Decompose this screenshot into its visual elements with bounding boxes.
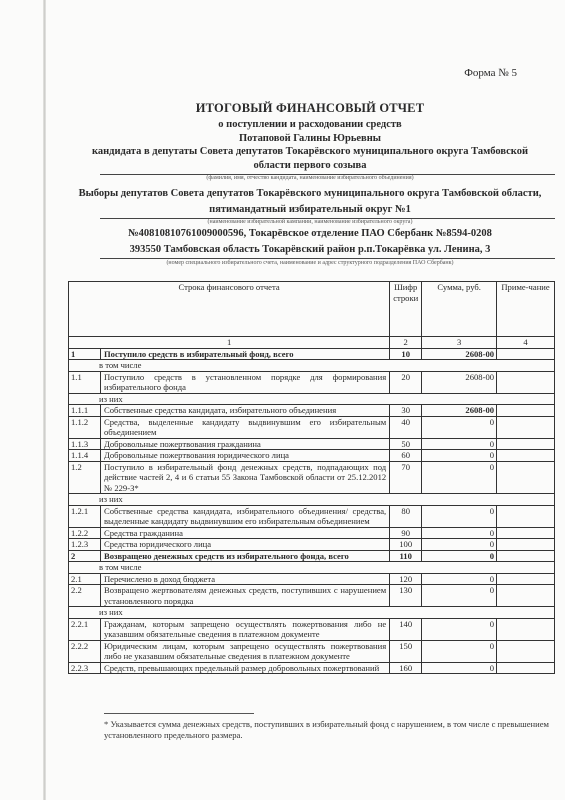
row-code: 110 <box>390 550 422 562</box>
row-code: 130 <box>390 585 422 607</box>
row-text: Добровольные пожертвования юридического … <box>100 450 389 462</box>
row-sum: 0 <box>422 618 497 640</box>
row-code: 90 <box>390 527 422 539</box>
table-row: 1.1.3Добровольные пожертвования граждани… <box>69 438 555 450</box>
row-code: 100 <box>390 539 422 551</box>
row-note <box>497 618 555 640</box>
header-line: Строка финансового отчета <box>69 282 390 337</box>
row-text: Поступило средств в избирательный фонд, … <box>100 348 389 360</box>
report-title: ИТОГОВЫЙ ФИНАНСОВЫЙ ОТЧЕТ <box>60 101 560 116</box>
row-sum: 2608-00 <box>422 371 497 393</box>
col-number: 2 <box>390 337 422 349</box>
row-number: 2.2.1 <box>69 618 101 640</box>
table-row: 2.2.3Средств, превышающих предельный раз… <box>69 662 555 674</box>
row-note <box>497 438 555 450</box>
row-sum: 0 <box>422 527 497 539</box>
table-row: 1.2.2Средства гражданина900 <box>69 527 555 539</box>
row-sum: 2608-00 <box>422 405 497 417</box>
row-text: Собственные средства кандидата, избирате… <box>100 405 389 417</box>
footnote-rule <box>104 713 254 714</box>
header-sum: Сумма, руб. <box>422 282 497 337</box>
row-number: 1.1 <box>69 371 101 393</box>
row-sum: 0 <box>422 573 497 585</box>
row-text: Юридическим лицам, которым запрещено осу… <box>100 640 389 662</box>
subheading: в том числе <box>69 360 555 372</box>
row-note <box>497 348 555 360</box>
row-code: 120 <box>390 573 422 585</box>
row-text: Возвращено жертвователям денежных средст… <box>100 585 389 607</box>
row-code: 10 <box>390 348 422 360</box>
row-number: 1.1.2 <box>69 416 101 438</box>
row-number: 1.2.2 <box>69 527 101 539</box>
row-text: Средства гражданина <box>100 527 389 539</box>
table-row: 1Поступило средств в избирательный фонд,… <box>69 348 555 360</box>
row-number: 2.1 <box>69 573 101 585</box>
row-note <box>497 450 555 462</box>
row-note <box>497 539 555 551</box>
row-sum: 0 <box>422 505 497 527</box>
row-text: Гражданам, которым запрещено осуществлят… <box>100 618 389 640</box>
row-number: 1.2 <box>69 461 101 494</box>
row-note <box>497 371 555 393</box>
scan-artifact <box>43 0 46 800</box>
row-sum: 0 <box>422 539 497 551</box>
row-text: Собственные средства кандидата, избирате… <box>100 505 389 527</box>
account-line-2: 393550 Тамбовская область Токарёвский ра… <box>60 244 560 255</box>
row-sum: 0 <box>422 450 497 462</box>
financial-report-table: Строка финансового отчета Шифр строки Су… <box>68 281 555 674</box>
row-note <box>497 505 555 527</box>
table-row: 1.1Поступило средств в установленном пор… <box>69 371 555 393</box>
row-text: Средств, превышающих предельный размер д… <box>100 662 389 674</box>
row-text: Поступило в избирательный фонд денежных … <box>100 461 389 494</box>
row-code: 60 <box>390 450 422 462</box>
table-row: 1.2Поступило в избирательный фонд денежн… <box>69 461 555 494</box>
row-text: Возвращено денежных средств из избирател… <box>100 550 389 562</box>
row-note <box>497 662 555 674</box>
row-text: Средства юридического лица <box>100 539 389 551</box>
col-number: 1 <box>69 337 390 349</box>
col-number: 4 <box>497 337 555 349</box>
row-code: 20 <box>390 371 422 393</box>
row-note <box>497 640 555 662</box>
table-row: 1.2.3Средства юридического лица1000 <box>69 539 555 551</box>
rule <box>100 258 555 259</box>
row-note <box>497 527 555 539</box>
row-note <box>497 461 555 494</box>
row-number: 1.1.3 <box>69 438 101 450</box>
form-number: Форма № 5 <box>464 67 517 79</box>
table-subheading-row: в том числе <box>69 360 555 372</box>
row-code: 70 <box>390 461 422 494</box>
row-code: 150 <box>390 640 422 662</box>
row-text: Поступило средств в установленном порядк… <box>100 371 389 393</box>
candidate-hint: (фамилия, имя, отчество кандидата, наиме… <box>60 175 560 181</box>
campaign-hint: (наименование избирательной кампании, на… <box>60 219 560 225</box>
row-sum: 0 <box>422 585 497 607</box>
subheading: из них <box>69 607 555 619</box>
row-sum: 0 <box>422 662 497 674</box>
table-row: 2.2Возвращено жертвователям денежных сре… <box>69 585 555 607</box>
row-code: 160 <box>390 662 422 674</box>
header-note: Приме-чание <box>497 282 555 337</box>
table-row: 1.1.2Средства, выделенные кандидату выдв… <box>69 416 555 438</box>
subheading: из них <box>69 393 555 405</box>
table-subheading-row: из них <box>69 607 555 619</box>
table-row: 2.2.1Гражданам, которым запрещено осущес… <box>69 618 555 640</box>
row-note <box>497 573 555 585</box>
table-row: 1.1.4Добровольные пожертвования юридичес… <box>69 450 555 462</box>
candidate-line-2: области первого созыва <box>60 160 560 171</box>
account-line-1: №40810810761009000596, Токарёвское отдел… <box>60 228 560 239</box>
row-note <box>497 416 555 438</box>
row-number: 2.2.3 <box>69 662 101 674</box>
subheading: из них <box>69 494 555 506</box>
row-code: 140 <box>390 618 422 640</box>
row-sum: 0 <box>422 461 497 494</box>
table-row: 1.2.1Собственные средства кандидата, изб… <box>69 505 555 527</box>
table-subheading-row: в том числе <box>69 562 555 574</box>
row-sum: 0 <box>422 438 497 450</box>
col-number: 3 <box>422 337 497 349</box>
row-code: 40 <box>390 416 422 438</box>
subheading: в том числе <box>69 562 555 574</box>
row-text: Перечислено в доход бюджета <box>100 573 389 585</box>
report-subtitle: о поступлении и расходовании средств <box>60 119 560 130</box>
row-code: 80 <box>390 505 422 527</box>
candidate-line-1: кандидата в депутаты Совета депутатов То… <box>55 146 565 157</box>
table-row: 2Возвращено денежных средств из избирате… <box>69 550 555 562</box>
campaign-line-1: Выборы депутатов Совета депутатов Токарё… <box>55 188 565 199</box>
row-sum: 2608-00 <box>422 348 497 360</box>
table-subheading-row: из них <box>69 393 555 405</box>
row-sum: 0 <box>422 640 497 662</box>
account-hint: (номер специального избирательного счета… <box>60 260 560 266</box>
row-sum: 0 <box>422 550 497 562</box>
row-text: Добровольные пожертвования гражданина <box>100 438 389 450</box>
table-row: 2.2.2Юридическим лицам, которым запрещен… <box>69 640 555 662</box>
row-number: 1.2.1 <box>69 505 101 527</box>
row-number: 2 <box>69 550 101 562</box>
candidate-name: Потаповой Галины Юрьевны <box>60 133 560 144</box>
footnote: * Указывается сумма денежных средств, по… <box>104 719 559 741</box>
row-number: 1.2.3 <box>69 539 101 551</box>
row-number: 2.2 <box>69 585 101 607</box>
row-note <box>497 405 555 417</box>
row-number: 1.1.4 <box>69 450 101 462</box>
table-row: 2.1Перечислено в доход бюджета1200 <box>69 573 555 585</box>
row-note <box>497 585 555 607</box>
row-code: 30 <box>390 405 422 417</box>
row-number: 2.2.2 <box>69 640 101 662</box>
row-sum: 0 <box>422 416 497 438</box>
row-note <box>497 550 555 562</box>
row-number: 1 <box>69 348 101 360</box>
campaign-line-2: пятимандатный избирательный округ №1 <box>60 204 560 215</box>
table-row: 1.1.1Собственные средства кандидата, изб… <box>69 405 555 417</box>
row-code: 50 <box>390 438 422 450</box>
row-text: Средства, выделенные кандидату выдвинувш… <box>100 416 389 438</box>
header-code: Шифр строки <box>390 282 422 337</box>
row-number: 1.1.1 <box>69 405 101 417</box>
table-subheading-row: из них <box>69 494 555 506</box>
